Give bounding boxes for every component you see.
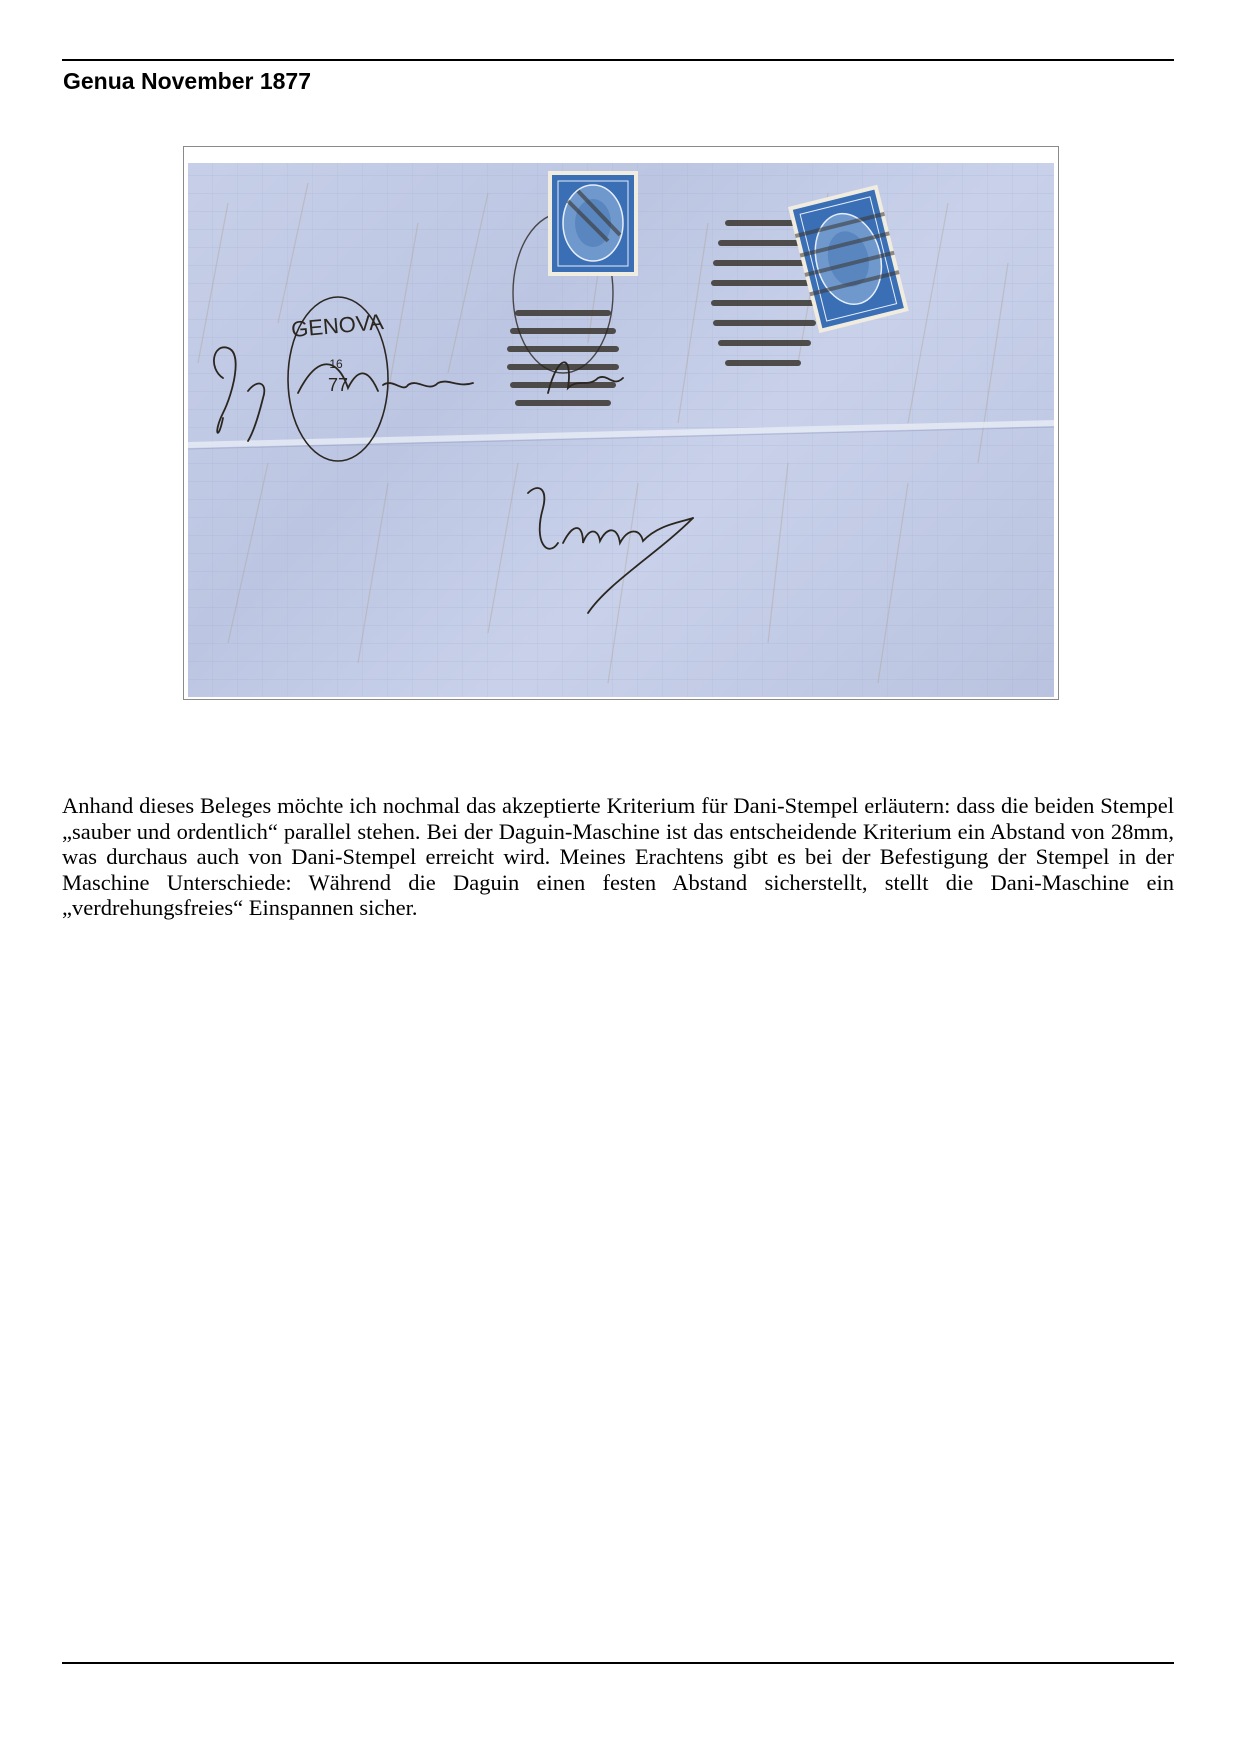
handwritten-destination bbox=[528, 488, 693, 613]
svg-text:GENOVA: GENOVA bbox=[290, 309, 385, 342]
postal-cover-image: GENOVA 16 77 bbox=[188, 163, 1054, 697]
page-title: Genua November 1877 bbox=[63, 68, 311, 95]
numeral-cancel-1 bbox=[510, 313, 616, 403]
fold-line bbox=[188, 423, 1054, 445]
handwritten-address bbox=[214, 347, 623, 441]
svg-text:77: 77 bbox=[328, 375, 348, 395]
caption-paragraph: Anhand dieses Beleges möchte ich nochmal… bbox=[62, 793, 1174, 921]
stamp-1 bbox=[548, 171, 638, 276]
genova-postmark: GENOVA 16 77 bbox=[288, 297, 388, 461]
header-rule bbox=[62, 59, 1174, 61]
footer-rule bbox=[62, 1662, 1174, 1664]
stamp-2 bbox=[788, 185, 909, 333]
svg-text:16: 16 bbox=[329, 357, 343, 371]
cover-image-frame: GENOVA 16 77 bbox=[183, 146, 1059, 700]
cover-illustration: GENOVA 16 77 bbox=[188, 163, 1054, 697]
